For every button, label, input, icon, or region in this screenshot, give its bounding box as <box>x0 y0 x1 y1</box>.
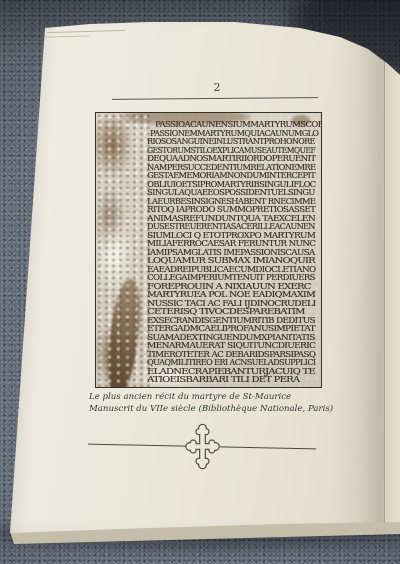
page-number: 2 <box>204 81 230 94</box>
stacked-page-edge <box>47 30 125 33</box>
cross-bottony-icon <box>185 423 220 470</box>
caption-line-2: Manuscrit du VIIe siècle (Bibliothèque N… <box>89 404 339 416</box>
photo-caption: Le plus ancien récit du martyre de St-Ma… <box>89 392 339 415</box>
manuscript-line: ATIOEISBARBARI TILI DET PERA <box>147 375 299 384</box>
stacked-page-edge <box>45 36 89 38</box>
cross-ornament <box>185 423 220 470</box>
book-page: 2 PASSIOACAUNENSIUMMARTYRUMSCORPASSIONEM… <box>0 0 400 564</box>
book-photo-scene: 2 PASSIOACAUNENSIUMMARTYRUMSCORPASSIONEM… <box>0 0 400 564</box>
parchment-margin-texture <box>96 113 150 387</box>
caption-line-1: Le plus ancien récit du martyre de St-Ma… <box>89 392 339 404</box>
manuscript-text: PASSIOACAUNENSIUMMARTYRUMSCORPASSIONEMMA… <box>147 120 320 384</box>
page-number-rule <box>112 97 318 100</box>
manuscript-photo: PASSIOACAUNENSIUMMARTYRUMSCORPASSIONEMMA… <box>95 112 322 388</box>
page-fore-edge-strip <box>384 58 400 524</box>
